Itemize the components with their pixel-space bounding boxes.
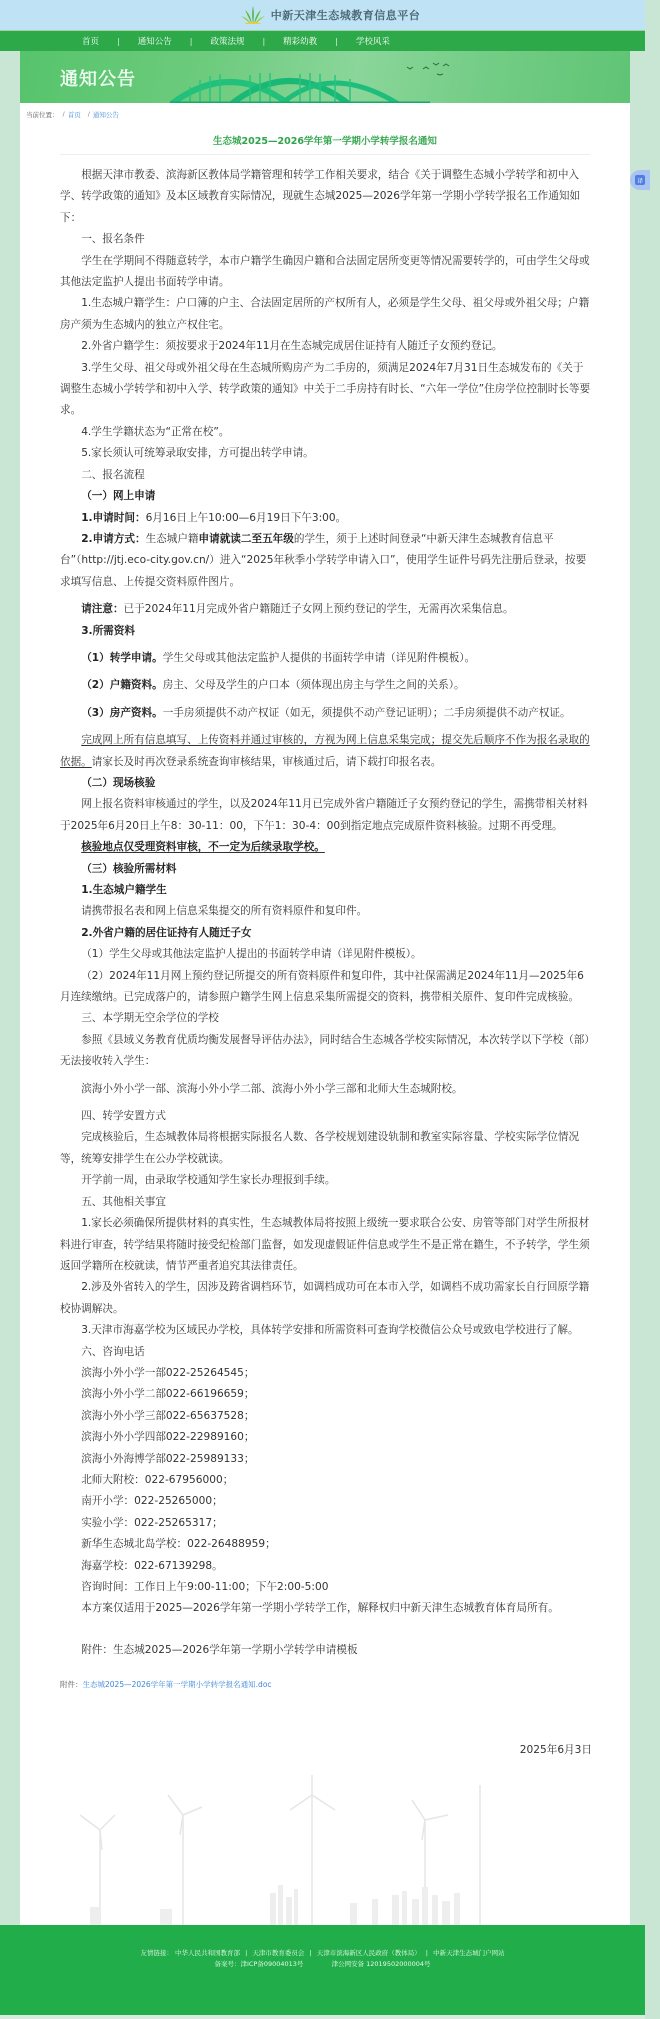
materials-heading: 3.所需资料	[60, 621, 592, 642]
section-heading: 四、转学安置方式	[60, 1106, 592, 1127]
paragraph: 请携带报名表和网上信息采集提交的所有资料原件和复印件。	[60, 901, 592, 922]
section-heading: 一、报名条件	[60, 229, 592, 250]
nav-item-home[interactable]: 首页	[64, 35, 117, 47]
text: 房主、父母及学生的户口本（须体现出房主与学生之间的关系）。	[163, 679, 465, 691]
nav-item-policies[interactable]: 政策法规	[192, 35, 262, 47]
attachment-row: 附件：生态城2025—2026学年第一学期小学转学报名通知.doc	[20, 1661, 630, 1690]
section-banner: 通知公告	[20, 51, 630, 103]
breadcrumb-separator: /	[63, 110, 65, 118]
list-item: （2）2024年11月网上预约登记所提交的所有资料原件和复印件，其中社保需满足2…	[60, 966, 592, 1009]
phone-item: 海嘉学校：022-67139298。	[60, 1556, 592, 1577]
note: 请注意：已于2024年11月完成外省户籍随迁子女网上预约登记的学生，无需再次采集…	[60, 599, 592, 620]
label: （2）户籍资料。	[81, 679, 163, 691]
links-label: 友情链接：	[140, 1949, 173, 1957]
registration-info: 备案号：津ICP备09004013号 津公网安备 12019502000004号	[0, 1959, 645, 1970]
label: 1.生态城户籍学生	[81, 884, 167, 896]
link-separator: |	[309, 1949, 311, 1957]
condition-item: 2.外省户籍学生：须按要求于2024年11月在生态城完成居住证持有人随迁子女预约…	[60, 336, 592, 357]
footer-link-moe[interactable]: 中华人民共和国教育部	[175, 1949, 240, 1957]
breadcrumb-notices-link[interactable]: 通知公告	[93, 110, 119, 119]
phone-item: 北师大附校：022-67956000；	[60, 1470, 592, 1491]
group-heading: 2.外省户籍的居住证持有人随迁子女	[60, 923, 592, 944]
phone-item: 滨海小外小学一部022-25264545；	[60, 1363, 592, 1384]
nav-item-notices[interactable]: 通知公告	[120, 35, 190, 47]
subsection-heading-text: （二）现场核验	[81, 777, 155, 789]
phone-item: 南开小学：022-25265000；	[60, 1491, 592, 1512]
list-item: 2.涉及外省转入的学生，因涉及跨省调档环节，如调档成功可在本市入学，如调档不成功…	[60, 1277, 592, 1320]
friendly-links: 友情链接： 中华人民共和国教育部 | 天津市教育委员会 | 天津市滨海新区人民政…	[0, 1948, 645, 1959]
site-title: 中新天津生态城教育信息平台	[271, 7, 421, 23]
link-separator: |	[426, 1949, 428, 1957]
article-body: 根据天津市教委、滨海新区教体局学籍管理和转学工作相关要求，结合《关于调整生态城小…	[20, 155, 630, 1661]
nav-item-preschool[interactable]: 精彩幼教	[265, 35, 335, 47]
condition-item: 3.学生父母、祖父母或外祖父母在生态城所购房产为二手房的，须满足2024年7月3…	[60, 358, 592, 422]
disclaimer: 本方案仅适用于2025—2026学年第一学期小学转学工作，解释权归中新天津生态城…	[60, 1598, 592, 1619]
paragraph: 学生在学期间不得随意转学，本市户籍学生确因户籍和合法固定居所变更等情况需要转学的…	[60, 251, 592, 294]
label: 3.所需资料	[81, 625, 135, 637]
underlined-text: 核验地点仅受理资料审核，不一定为后续录取学校。	[81, 841, 325, 853]
attachment-label: 附件：	[60, 1680, 83, 1689]
condition-item: 4.学生学籍状态为“正常在校”。	[60, 422, 592, 443]
paragraph: 参照《县域义务教育优质均衡发展督导评估办法》，同时结合生态城各学校实际情况，本次…	[60, 1030, 592, 1073]
site-logo[interactable]: 中新天津生态城教育信息平台	[240, 5, 421, 25]
section-heading: 二、报名流程	[60, 465, 592, 486]
list-item: 1.家长必须确保所提供材料的真实性，生态城教体局将按照上级统一要求联合公安、房管…	[60, 1213, 592, 1277]
label: 请注意：	[81, 603, 123, 615]
text: 学生父母或其他法定监护人提供的书面转学申请（详见附件模板）。	[163, 652, 476, 664]
phone-item: 滨海小外小学四部022-22989160；	[60, 1427, 592, 1448]
paragraph: 完成核验后，生态城教体局将根据实际报名人数、各学校规划建设轨制和教室实际容量、学…	[60, 1127, 592, 1170]
attachment-download-link[interactable]: 生态城2025—2026学年第一学期小学转学报名通知.doc	[83, 1680, 272, 1689]
paragraph: 开学前一周，由录取学校通知学生家长办理报到手续。	[60, 1170, 592, 1191]
text: 生态城户籍	[146, 533, 199, 545]
subsection-heading: （三）核验所需材料	[60, 859, 592, 880]
text: 请家长及时再次登录系统查询审核结果，审核通过后，请下载打印报名表。	[92, 756, 442, 768]
phone-item: 滨海小外小学三部022-65637528；	[60, 1406, 592, 1427]
list-item: （1）学生父母或其他法定监护人提出的书面转学申请（详见附件模板）。	[60, 944, 592, 965]
article-title: 生态城2025—2026学年第一学期小学转学报名通知	[60, 133, 590, 155]
bottom-strip	[0, 2015, 645, 2019]
phone-item: 实验小学：022-25265317；	[60, 1513, 592, 1534]
label: 1.申请时间：	[81, 512, 145, 524]
material-item: （1）转学申请。学生父母或其他法定监护人提供的书面转学申请（详见附件模板）。	[60, 648, 592, 669]
footer-link-ecocity[interactable]: 中新天津生态城门户网站	[433, 1949, 505, 1957]
condition-item: 5.家长须认可统筹录取安排，方可提出转学申请。	[60, 443, 592, 464]
section-heading: 三、本学期无空余学位的学校	[60, 1008, 592, 1029]
label: （3）房产资料。	[81, 707, 163, 719]
publish-date: 2025年6月3日	[20, 1690, 630, 1757]
police-record: 津公网安备 12019502000004号	[332, 1960, 431, 1968]
label: 2.申请方式：	[81, 533, 145, 545]
text: 一手房须提供不动产权证（如无，须提供不动产登记证明）；二手房须提供不动产权证。	[163, 707, 571, 719]
consult-hours: 咨询时间：工作日上午9:00-11:00；下午2:00-5:00	[60, 1577, 592, 1598]
list-item: 3.天津市海嘉学校为区域民办学校，具体转学安排和所需资料可查询学校微信公众号或致…	[60, 1320, 592, 1341]
value: 6月16日上午10:00—6月19日下午3:00。	[146, 512, 347, 524]
label: 2.外省户籍的居住证持有人随迁子女	[81, 927, 251, 939]
birds-decoration-icon	[405, 59, 455, 79]
breadcrumb-home-link[interactable]: 首页	[68, 110, 81, 119]
site-footer: 友情链接： 中华人民共和国教育部 | 天津市教育委员会 | 天津市滨海新区人民政…	[0, 1925, 645, 2015]
translate-button[interactable]: 译	[630, 170, 650, 190]
site-header: 中新天津生态城教育信息平台	[0, 0, 660, 31]
subsection-heading: （一）网上申请	[60, 486, 592, 507]
inline-attachment-note: 附件：生态城2025—2026学年第一学期小学转学申请模板	[60, 1640, 592, 1661]
phone-item: 滨海小外海博学部022-25989133；	[60, 1449, 592, 1470]
main-nav: 首页 | 通知公告 | 政策法规 | 精彩幼教 | 学校风采	[0, 31, 660, 51]
emphasis: 申请就读二至五年级	[199, 533, 294, 545]
label: （1）转学申请。	[81, 652, 163, 664]
review-note: 完成网上所有信息填写、上传资料并通过审核的，方视为网上信息采集完成；提交先后顺序…	[60, 730, 592, 773]
phone-item: 新华生态城北岛学校：022-26488959；	[60, 1534, 592, 1555]
application-time: 1.申请时间：6月16日上午10:00—6月19日下午3:00。	[60, 508, 592, 529]
translate-icon: 译	[635, 175, 645, 185]
material-item: （3）房产资料。一手房须提供不动产权证（如无，须提供不动产登记证明）；二手房须提…	[60, 703, 592, 724]
intro-paragraph: 根据天津市教委、滨海新区教体局学籍管理和转学工作相关要求，结合《关于调整生态城小…	[60, 165, 592, 229]
breadcrumb: 当前位置： / 首页 / 通知公告	[20, 103, 630, 125]
windmill-skyline-decoration	[20, 1775, 630, 1925]
footer-link-tjedu[interactable]: 天津市教育委员会	[252, 1949, 304, 1957]
subsection-heading-text: （三）核验所需材料	[81, 863, 176, 875]
value: 已于2024年11月完成外省户籍随迁子女网上预约登记的学生，无需再次采集信息。	[124, 603, 514, 615]
link-separator: |	[245, 1949, 247, 1957]
condition-item: 1.生态城户籍学生：户口簿的户主、合法固定居所的产权所有人，必须是学生父母、祖父…	[60, 293, 592, 336]
paragraph: 网上报名资料审核通过的学生，以及2024年11月已完成外省户籍随迁子女预约登记的…	[60, 794, 592, 837]
section-heading: 六、咨询电话	[60, 1342, 592, 1363]
leaf-logo-icon	[240, 5, 266, 25]
group-heading: 1.生态城户籍学生	[60, 880, 592, 901]
application-method: 2.申请方式：生态城户籍申请就读二至五年级的学生，须于上述时间登录“中新天津生态…	[60, 529, 592, 593]
icp-number: 备案号：津ICP备09004013号	[214, 1960, 303, 1968]
underlined-note: 核验地点仅受理资料审核，不一定为后续录取学校。	[60, 837, 592, 858]
subsection-heading-text: （一）网上申请	[81, 490, 155, 502]
scrollbar[interactable]	[645, 0, 660, 2017]
breadcrumb-prefix: 当前位置：	[26, 110, 59, 119]
section-heading: 五、其他相关事宜	[60, 1192, 592, 1213]
breadcrumb-separator: /	[88, 110, 90, 118]
footer-link-binhai[interactable]: 天津市滨海新区人民政府（教体局）	[317, 1949, 421, 1957]
subsection-heading: （二）现场核验	[60, 773, 592, 794]
bridge-illustration-icon	[170, 63, 430, 103]
nav-item-schools[interactable]: 学校风采	[338, 35, 408, 47]
material-item: （2）户籍资料。房主、父母及学生的户口本（须体现出房主与学生之间的关系）。	[60, 675, 592, 696]
banner-title: 通知公告	[60, 65, 136, 91]
paragraph: 滨海小外小学一部、滨海小外小学二部、滨海小外小学三部和北师大生态城附校。	[60, 1079, 592, 1100]
content-container: 通知公告 当前位置： / 首页 / 通知公告 生态城2025—2026学年第一学…	[20, 51, 630, 1925]
phone-item: 滨海小外小学二部022-66196659；	[60, 1384, 592, 1405]
windmill-skyline-icon	[20, 1775, 630, 1925]
